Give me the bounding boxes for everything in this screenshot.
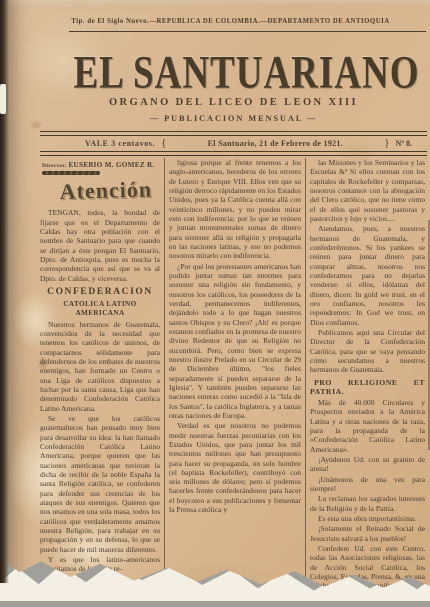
paragraph: Más de 40.000 Circulares y Prospectos en…	[310, 398, 425, 454]
dateline-rule-bottom	[40, 151, 427, 156]
director-line: Director. EUSEBIO M. GOMEZ R.	[42, 160, 160, 170]
issue-number: Nº 8.	[396, 139, 412, 148]
confederacion-heading: CONFEDERACION CATOLICA LATINO AMERICANA	[40, 287, 160, 318]
attention-headline: Atención	[40, 175, 152, 205]
director-name: EUSEBIO M. GOMEZ R.	[68, 161, 154, 169]
paragraph: Lo reclaman los sagrados intereses de la…	[310, 494, 425, 513]
paragraph: Confedere Ud. con este Centro, todas las…	[310, 544, 425, 587]
frequency-line: — PUBLICACION MENSUAL —	[47, 114, 420, 123]
paragraph: Se ve que los católicos guatemaltecos ha…	[40, 414, 160, 554]
newspaper-sheet: Tip. de El Siglo Nuevo.—REPUBLICA DE COL…	[7, 0, 430, 601]
torn-sliver	[0, 84, 6, 114]
right-brace-ornament: }	[384, 137, 389, 149]
paragraph: Atendamos, pues, a nuestros hermanos de …	[310, 224, 425, 327]
decorative-squiggle	[42, 171, 100, 175]
imprint-line: Tip. de El Siglo Nuevo.—REPUBLICA DE COL…	[37, 18, 424, 25]
organ-subtitle: ORGANO DEL LICEO DE LEON XIII	[47, 97, 420, 108]
paragraph: Publicamos aquí una Circular del Directo…	[310, 328, 425, 375]
heading-line-2: CATOLICA LATINO AMERICANA	[40, 300, 160, 318]
paragraph: ¡Unámonos de una vez para siempre!	[310, 475, 425, 494]
column-2: ligiosa porque al frente tenemos a los a…	[164, 158, 305, 587]
dateline-row: VALE 3 centavos. { El Santuario, 21 de F…	[43, 137, 426, 149]
paragraph: Verdad es que nosotros no podemos medir …	[169, 421, 301, 514]
paragraph: ligiosa porque al frente tenemos a los a…	[169, 158, 301, 261]
article-columns: Director. EUSEBIO M. GOMEZ R. Atención T…	[40, 158, 427, 587]
left-brace-ornament: {	[161, 137, 166, 149]
heading-line-1: CONFEDERACION	[40, 287, 160, 299]
scanned-newspaper-page: Tip. de El Siglo Nuevo.—REPUBLICA DE COL…	[0, 0, 430, 607]
pro-religione-heading: PRO RELIGIONE ET PATRIA.	[310, 378, 425, 397]
column-3: las Misiones y los Seminarios y las Escu…	[305, 158, 427, 587]
imprint-rule	[69, 31, 426, 32]
paper-stain	[29, 120, 43, 130]
column-1: Director. EUSEBIO M. GOMEZ R. Atención T…	[40, 158, 164, 587]
masthead-title: EL SANTUARIANO	[63, 46, 430, 100]
dateline-rule-top	[40, 131, 427, 136]
place-date: El Santuario, 21 de Febrero de 1921.	[172, 139, 378, 148]
paragraph: ¡Ayúdenos Ud. con su granito de arena!	[310, 455, 425, 474]
paragraph: ¡Solamente el Reinado Social de Jesucris…	[310, 524, 425, 543]
director-label: Director.	[42, 163, 67, 169]
paragraph: Es esta una obra importantísima.	[310, 514, 425, 523]
price-label: VALE 3 centavos.	[85, 139, 155, 148]
paragraph: las Misiones y los Seminarios y las Escu…	[310, 158, 425, 223]
paragraph: TENGAN, todos, la bondad de fijarse que …	[40, 208, 160, 283]
paragraph: ¿Por qué los protestantes americanos han…	[169, 262, 301, 421]
paragraph: Nuestros hermanos de Guatemala, convenci…	[40, 320, 160, 413]
